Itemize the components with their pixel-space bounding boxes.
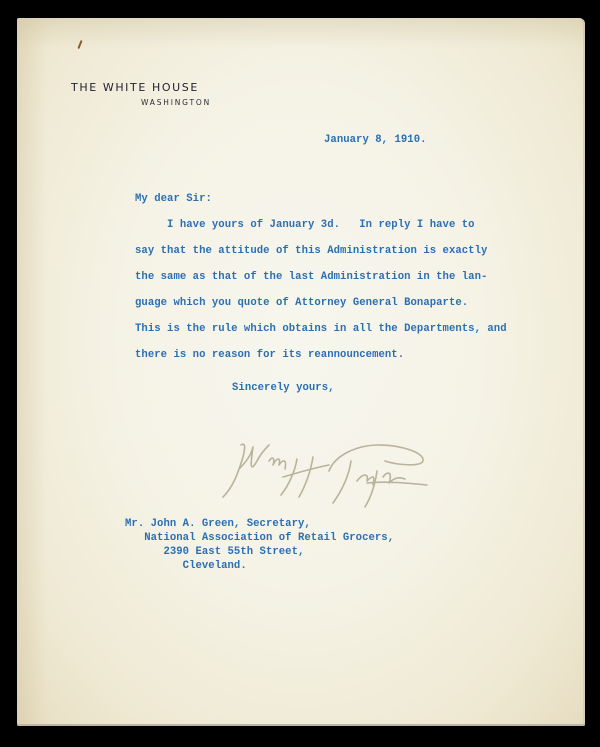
body-line: I have yours of January 3d. In reply I h…: [135, 219, 475, 231]
recipient-line: National Association of Retail Grocers,: [125, 532, 394, 544]
body-line: there is no reason for its reannouncemen…: [135, 349, 404, 361]
letterhead-title: THE WHITE HOUSE: [71, 81, 199, 94]
pencil-mark: [77, 40, 82, 49]
signature-wm-h-taft: [217, 431, 447, 511]
letter-date: January 8, 1910.: [324, 134, 427, 146]
recipient-line: Mr. John A. Green, Secretary,: [125, 518, 311, 530]
letterhead-city: WASHINGTON: [141, 98, 211, 107]
letter-page: THE WHITE HOUSE WASHINGTON January 8, 19…: [17, 18, 585, 726]
closing: Sincerely yours,: [232, 382, 335, 394]
body-line: the same as that of the last Administrat…: [135, 271, 487, 283]
body-line: This is the rule which obtains in all th…: [135, 323, 507, 335]
recipient-line: 2390 East 55th Street,: [125, 546, 304, 558]
body-line: guage which you quote of Attorney Genera…: [135, 297, 468, 309]
body-line: say that the attitude of this Administra…: [135, 245, 487, 257]
recipient-line: Cleveland.: [125, 560, 247, 572]
salutation: My dear Sir:: [135, 193, 212, 205]
